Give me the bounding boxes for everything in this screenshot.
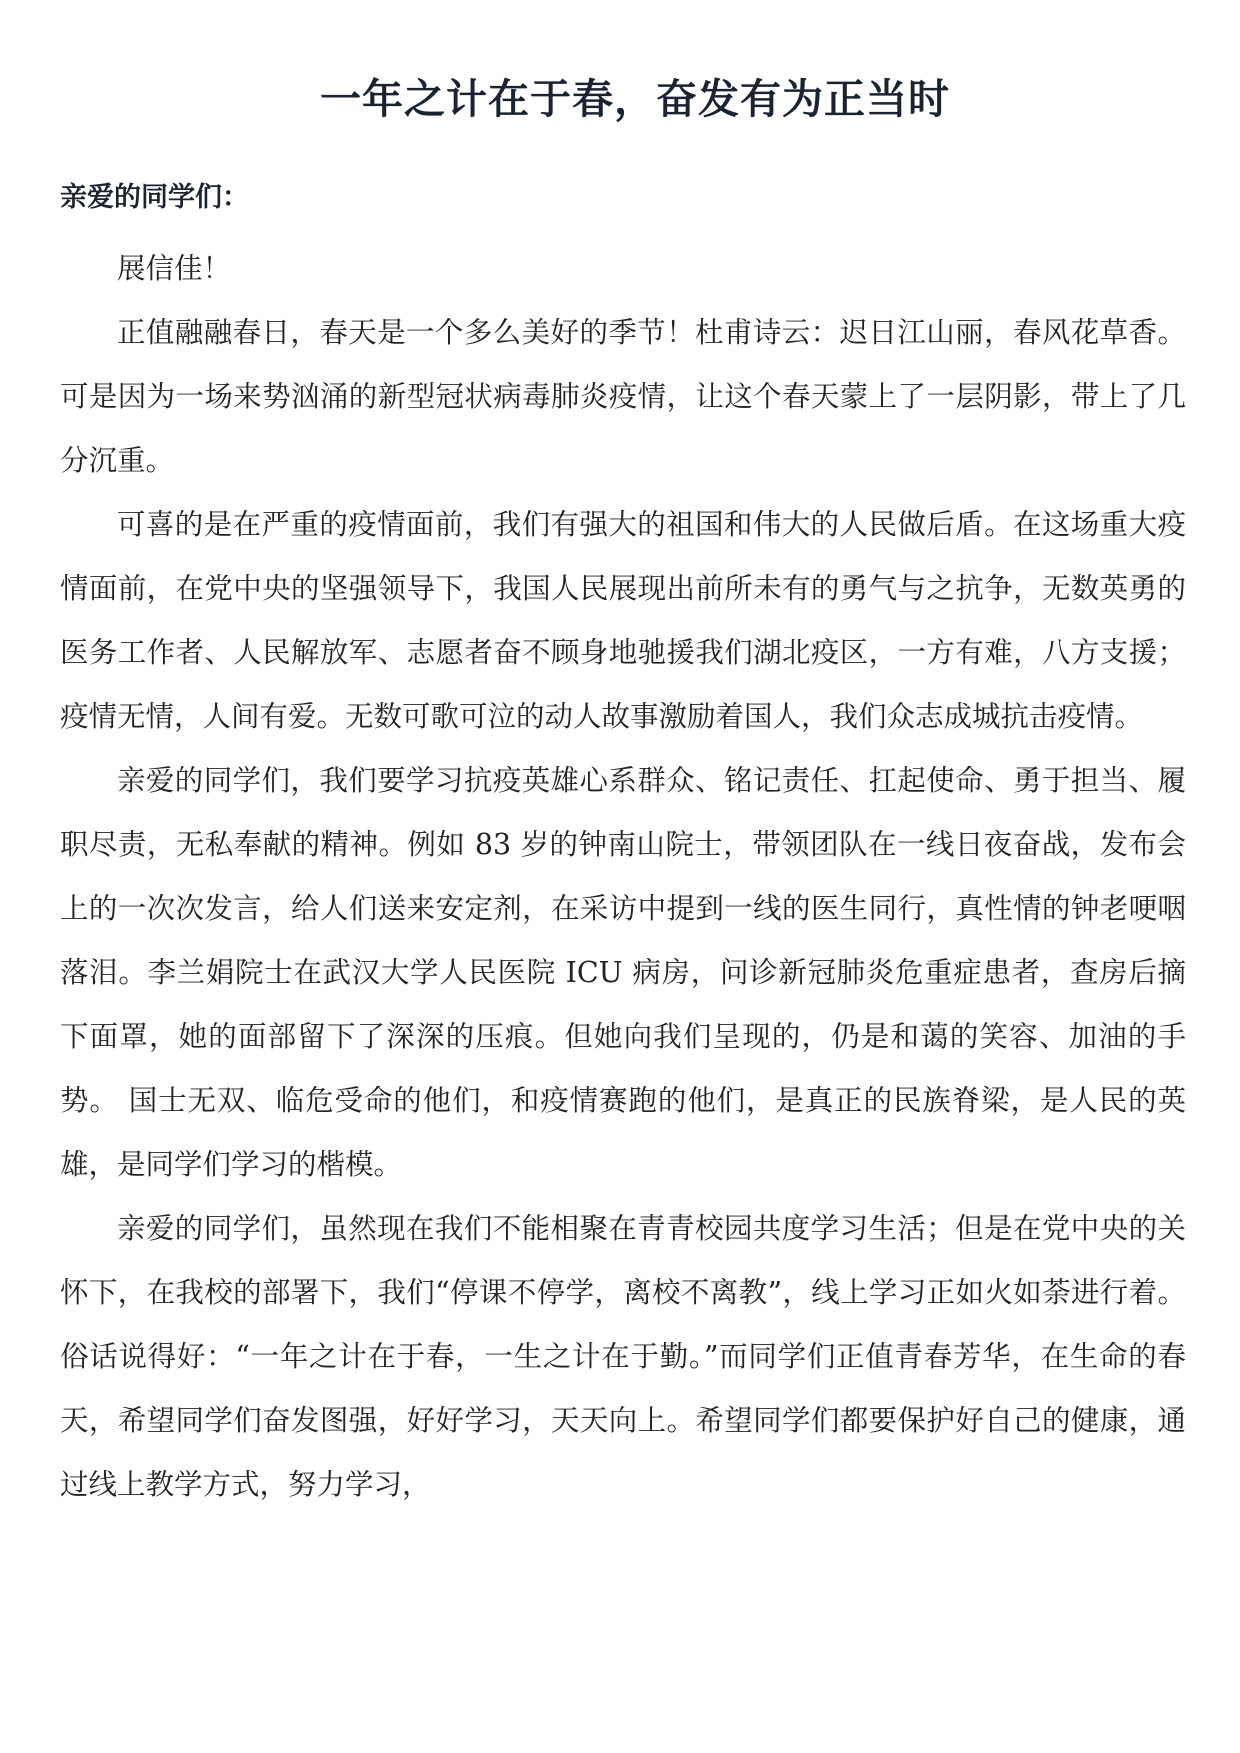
paragraph: 亲爱的同学们，虽然现在我们不能相聚在青青校园共度学习生活；但是在党中央的关怀下，… [60,1197,1186,1517]
paragraph: 可喜的是在严重的疫情面前，我们有强大的祖国和伟大的人民做后盾。在这场重大疫情面前… [60,493,1186,749]
letter-body: 展信佳！ 正值融融春日，春天是一个多么美好的季节！杜甫诗云：迟日江山丽，春风花草… [60,237,1186,1517]
paragraph-greeting: 展信佳！ [60,237,1186,301]
document-title: 一年之计在于春，奋发有为正当时 [0,66,1240,125]
document-page: 一年之计在于春，奋发有为正当时 亲爱的同学们： 展信佳！ 正值融融春日，春天是一… [0,0,1240,1753]
paragraph: 正值融融春日，春天是一个多么美好的季节！杜甫诗云：迟日江山丽，春风花草香。可是因… [60,301,1186,493]
salutation: 亲爱的同学们： [60,175,249,214]
paragraph: 亲爱的同学们，我们要学习抗疫英雄心系群众、铭记责任、扛起使命、勇于担当、履职尽责… [60,749,1186,1197]
